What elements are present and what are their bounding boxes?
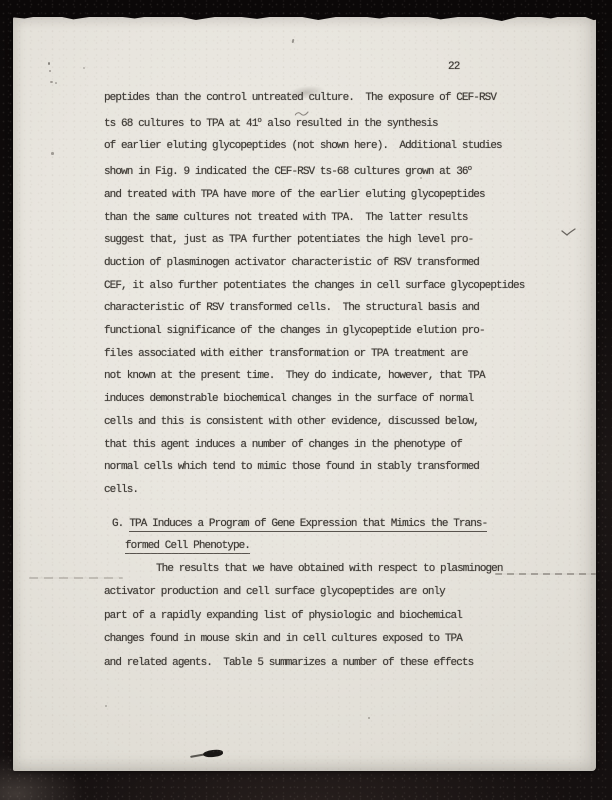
typed-line: cells and this is consistent with other … <box>104 411 524 434</box>
scanned-document-photo: 22 peptides than the control untreated c… <box>0 0 612 800</box>
section-heading: G.TPA Induces a Program of Gene Expressi… <box>104 513 524 558</box>
dust-speck <box>420 177 422 179</box>
typed-line: normal cells which tend to mimic those f… <box>104 456 524 479</box>
typed-line: functional significance of the changes i… <box>104 320 524 343</box>
dust-speck <box>49 70 51 72</box>
section-title-line-2: formed Cell Phenotype. <box>125 540 250 554</box>
typed-line: duction of plasminogen activator charact… <box>104 252 524 275</box>
typed-line: characteristic of RSV transformed cells.… <box>104 297 524 320</box>
dust-speck <box>51 152 54 155</box>
typed-line: The results that we have obtained with r… <box>104 558 524 581</box>
section-heading-line-2: formed Cell Phenotype. <box>104 535 524 558</box>
dust-speck <box>55 82 57 84</box>
degree-superscript: o <box>257 117 261 125</box>
dust-speck <box>368 717 370 719</box>
paragraph-1: peptides than the control untreated cult… <box>104 87 524 502</box>
page-number: 22 <box>448 61 459 73</box>
paper-page: 22 peptides than the control untreated c… <box>13 17 596 771</box>
typed-line: and treated with TPA have more of the ea… <box>104 184 524 207</box>
typed-line: and related agents. Table 5 summarizes a… <box>104 652 524 675</box>
typed-line: files associated with either transformat… <box>104 343 524 366</box>
typed-line: shown in Fig. 9 indicated the CEF-RSV ts… <box>104 158 524 184</box>
section-label: G. <box>112 518 123 530</box>
dust-speck <box>292 39 295 43</box>
dust-speck <box>50 81 53 83</box>
ink-smudge <box>203 749 224 758</box>
typed-line: ts 68 cultures to TPA at 41o also result… <box>104 110 524 136</box>
dust-speck <box>105 705 107 707</box>
typed-line: of earlier eluting glycopeptides (not sh… <box>104 135 524 158</box>
section-heading-line-1: G.TPA Induces a Program of Gene Expressi… <box>104 513 524 536</box>
typed-text-block: peptides than the control untreated cult… <box>104 87 524 675</box>
typed-line: suggest that, just as TPA further potent… <box>104 229 524 252</box>
fold-crease-line-right <box>495 573 596 575</box>
typed-line: activator production and cell surface gl… <box>104 581 524 604</box>
pencil-squiggle-mark <box>295 105 309 113</box>
degree-superscript: o <box>468 165 472 173</box>
section-title-line-1: TPA Induces a Program of Gene Expression… <box>129 518 487 532</box>
typed-line: induces demonstrable biochemical changes… <box>104 388 524 411</box>
typed-line: not known at the present time. They do i… <box>104 365 524 388</box>
fold-crease-line-left <box>29 577 123 579</box>
pencil-check-mark <box>561 225 577 236</box>
dust-speck <box>48 62 50 65</box>
typed-line: than the same cultures not treated with … <box>104 207 524 230</box>
typed-line: cells. <box>104 479 524 502</box>
typed-line: that this agent induces a number of chan… <box>104 434 524 457</box>
typed-line: part of a rapidly expanding list of phys… <box>104 605 524 628</box>
typed-line: changes found in mouse skin and in cell … <box>104 628 524 651</box>
paragraph-2: The results that we have obtained with r… <box>104 558 524 675</box>
typed-line: CEF, it also further potentiates the cha… <box>104 275 524 298</box>
dust-speck <box>83 67 85 69</box>
